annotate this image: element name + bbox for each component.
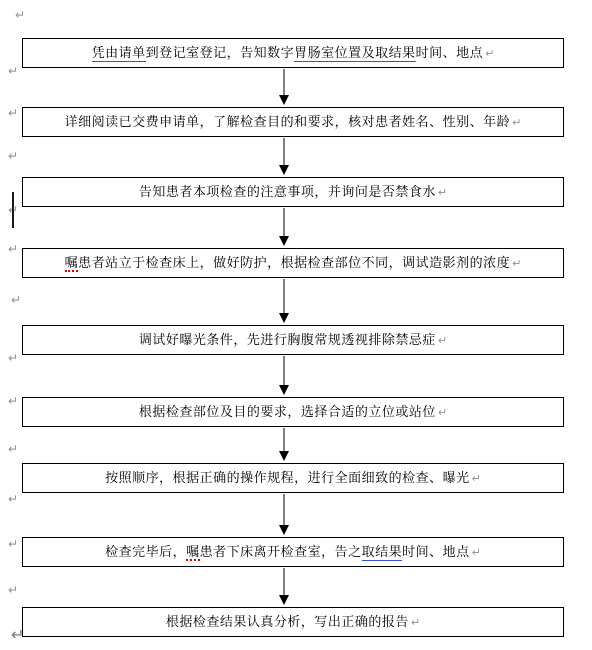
flow-step-box-6[interactable]: 根据检查部位及目的要求，选择合适的立位或站位↵ xyxy=(22,397,564,427)
arrow-stem xyxy=(283,138,285,167)
flow-step-text: 详细阅读已交费申请单，了解检查目的和要求，核对患者姓名、性别、年龄↵ xyxy=(65,115,522,129)
arrow-stem xyxy=(283,428,285,453)
down-arrow-connector xyxy=(279,69,289,105)
arrow-stem xyxy=(283,356,285,387)
paragraph-mark-icon: ↵ xyxy=(438,407,447,419)
paragraph-mark-icon: ↵ xyxy=(8,352,18,364)
down-arrow-connector xyxy=(279,138,289,175)
text-segment: 患者站立于检查床上，做好防护，根据检查部位不同，调试造影剂的浓度 xyxy=(78,255,510,270)
down-arrow-connector xyxy=(279,494,289,535)
text-segment: 调试好曝光条件，先进行胸腹常规透视排除禁忌症 xyxy=(139,332,436,347)
arrow-stem xyxy=(283,494,285,527)
paragraph-mark-icon: ↵ xyxy=(512,117,521,129)
flow-step-box-7[interactable]: 按照顺序，根据正确的操作规程，进行全面细致的检查、曝光↵ xyxy=(22,463,564,493)
flow-step-text: 按照顺序，根据正确的操作规程，进行全面细致的检查、曝光↵ xyxy=(105,471,481,485)
down-arrow-connector xyxy=(279,208,289,246)
text-segment: 详细阅读已交费申请单，了解检查目的和要求，核对患者姓名、性别、年龄 xyxy=(65,114,511,129)
text-segment: 根据检查结果认真分析，写出正确的报告 xyxy=(166,614,409,629)
paragraph-mark-icon: ↵ xyxy=(8,493,18,505)
paragraph-mark-icon: ↵ xyxy=(8,584,18,596)
flow-step-text: 调试好曝光条件，先进行胸腹常规透视排除禁忌症↵ xyxy=(139,333,447,347)
flow-step-box-8[interactable]: 检查完毕后，嘱患者下床离开检查室，告之取结果时间、地点↵ xyxy=(22,537,564,567)
paragraph-mark-icon: ↵ xyxy=(8,538,18,550)
paragraph-mark-icon: ↵ xyxy=(485,48,494,60)
arrow-stem xyxy=(283,568,285,597)
text-segment: 取结果 xyxy=(362,544,403,561)
flow-step-box-5[interactable]: 调试好曝光条件，先进行胸腹常规透视排除禁忌症↵ xyxy=(22,325,564,355)
paragraph-mark-icon: ↵ xyxy=(8,243,18,255)
paragraph-mark-icon: ↵ xyxy=(438,187,447,199)
flow-step-text: 根据检查部位及目的要求，选择合适的立位或站位↵ xyxy=(139,405,447,419)
paragraph-mark-icon: ↵ xyxy=(512,258,521,270)
document-page: 凭由请单到登记室登记，告知数字胃肠室位置及取结果时间、地点↵详细阅读已交费申请单… xyxy=(0,0,592,650)
flow-step-box-2[interactable]: 详细阅读已交费申请单，了解检查目的和要求，核对患者姓名、性别、年龄↵ xyxy=(22,107,564,137)
paragraph-mark-icon: ↵ xyxy=(15,9,25,21)
down-arrow-connector xyxy=(279,428,289,461)
paragraph-mark-icon: ↵ xyxy=(8,395,18,407)
paragraph-mark-icon: ↵ xyxy=(8,443,18,455)
text-segment: 检查完毕后， xyxy=(105,544,186,559)
text-segment: 根据检查部位及目的要求，选择合适的立位或站位 xyxy=(139,404,436,419)
down-arrow-connector xyxy=(279,568,289,605)
arrow-stem xyxy=(283,69,285,97)
arrow-head-icon xyxy=(279,165,289,175)
flow-step-box-3[interactable]: 告知患者本项检查的注意事项，并询问是否禁食水↵ xyxy=(22,177,564,207)
text-cursor xyxy=(12,192,14,228)
flow-step-text: 凭由请单到登记室登记，告知数字胃肠室位置及取结果时间、地点↵ xyxy=(92,46,495,60)
arrow-head-icon xyxy=(279,236,289,246)
paragraph-mark-icon: ↵ xyxy=(472,473,481,485)
paragraph-mark-icon: ↵ xyxy=(11,294,21,306)
text-segment: 时间、地点 xyxy=(416,45,484,60)
paragraph-mark-icon: ↵ xyxy=(438,335,447,347)
paragraph-mark-icon: ↵ xyxy=(8,107,18,119)
arrow-head-icon xyxy=(279,595,289,605)
paragraph-mark-icon: ↵ xyxy=(411,617,420,629)
down-arrow-connector xyxy=(279,279,289,323)
down-arrow-connector xyxy=(279,356,289,395)
paragraph-mark-icon: ↵ xyxy=(8,65,18,77)
paragraph-mark-icon: ↵ xyxy=(472,547,481,559)
arrow-head-icon xyxy=(279,451,289,461)
flow-step-text: 嘱患者站立于检查床上，做好防护，根据检查部位不同，调试造影剂的浓度↵ xyxy=(65,256,522,270)
arrow-head-icon xyxy=(279,313,289,323)
arrow-head-icon xyxy=(279,95,289,105)
text-segment: 时间、地点 xyxy=(402,544,470,559)
text-segment: 到登记室登记，告知数字 xyxy=(146,45,295,60)
arrow-stem xyxy=(283,279,285,315)
text-segment: 凭由请单 xyxy=(92,45,146,62)
flow-step-box-4[interactable]: 嘱患者站立于检查床上，做好防护，根据检查部位不同，调试造影剂的浓度↵ xyxy=(22,248,564,278)
flow-step-text: 根据检查结果认真分析，写出正确的报告↵ xyxy=(166,615,420,629)
flow-step-box-9[interactable]: 根据检查结果认真分析，写出正确的报告↵ xyxy=(22,607,564,637)
text-segment: 患者下床离开检查室，告之 xyxy=(200,544,362,559)
text-segment: 按照顺序，根据正确的操作规程，进行全面细致的检查、曝光 xyxy=(105,470,470,485)
text-segment: 嘱 xyxy=(65,255,79,272)
paragraph-mark-icon: ↵ xyxy=(11,628,24,644)
arrow-stem xyxy=(283,208,285,238)
flow-step-text: 告知患者本项检查的注意事项，并询问是否禁食水↵ xyxy=(139,185,447,199)
text-segment: 胃肠室位置及取结果 xyxy=(294,45,416,62)
paragraph-mark-icon: ↵ xyxy=(8,150,18,162)
text-segment: 嘱 xyxy=(186,544,200,561)
flow-step-box-1[interactable]: 凭由请单到登记室登记，告知数字胃肠室位置及取结果时间、地点↵ xyxy=(22,38,564,68)
arrow-head-icon xyxy=(279,525,289,535)
text-segment: 告知患者本项检查的注意事项，并询问是否禁食水 xyxy=(139,184,436,199)
flow-step-text: 检查完毕后，嘱患者下床离开检查室，告之取结果时间、地点↵ xyxy=(105,545,481,559)
arrow-head-icon xyxy=(279,385,289,395)
